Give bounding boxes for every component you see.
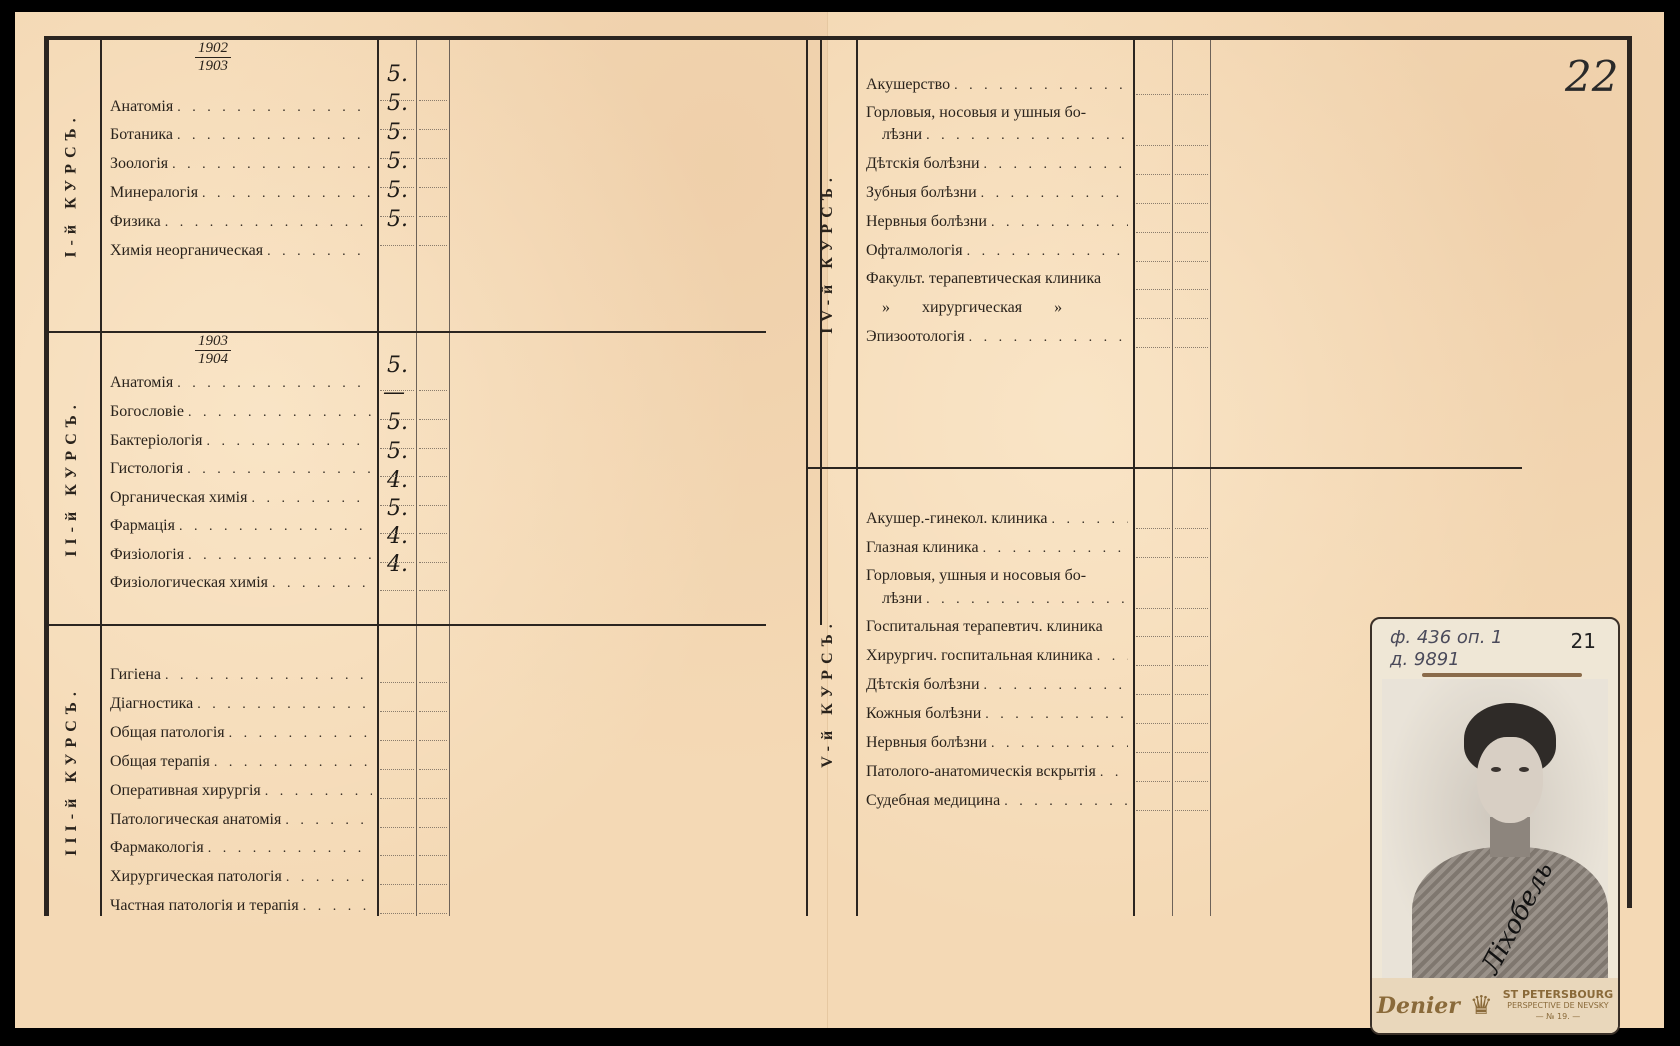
double-headed-eagle-icon: ♛ (1470, 991, 1493, 1021)
academic-year-1: 1902 1903 (195, 40, 231, 75)
photo-card: ф. 436 оп. 1 д. 9891 21 Ліхобель Denier … (1370, 617, 1620, 1035)
subject-row: Физіологическая химія (110, 562, 372, 592)
subject-row: Нервныя болѣзни (866, 722, 1128, 752)
subject-row: Анатомія (110, 86, 372, 116)
subject-row: Фармакологія (110, 827, 372, 857)
subject-row: Дѣтскія болѣзни (866, 664, 1128, 694)
subject-row: Гигіена (110, 654, 372, 684)
subject-row: Діагностика (110, 683, 372, 713)
subject-row: Хирургич. госпитальная клиника (866, 635, 1128, 665)
subject-row: Органическая химія (110, 477, 372, 507)
portrait-neck (1490, 817, 1530, 857)
course-label-1: I-й КУРСЪ. (42, 40, 102, 330)
course-label-2: II-й КУРСЪ. (42, 333, 102, 623)
subject-row: Патолого-анатомическія вскрытія (866, 751, 1128, 781)
subject-row: Общая патологія (110, 712, 372, 742)
studio-name: Denier (1377, 993, 1460, 1019)
subject-row: Бактеріологія (110, 420, 372, 450)
course-label-5: V-й КУРСЪ. (798, 469, 858, 916)
portrait-photo: Ліхобель (1382, 679, 1608, 979)
course-label-4: IV-й КУРСЪ. (798, 40, 858, 465)
subject-row: Физіологія (110, 534, 372, 564)
subject-row: » хирургическая » (866, 287, 1128, 317)
subject-row: Глазная клиника (866, 527, 1128, 557)
subject-row: Оперативная хирургія (110, 770, 372, 800)
subject-row: Минералогія (110, 172, 372, 202)
binding-string (1422, 673, 1582, 677)
archive-reference: ф. 436 оп. 1 д. 9891 (1390, 627, 1503, 671)
eye-icon (1519, 767, 1529, 772)
subject-row: Зоологія (110, 143, 372, 173)
subject-row: Физика (110, 201, 372, 231)
studio-address: ST PETERSBOURG PERSPECTIVE DE NEVSKY — №… (1503, 989, 1613, 1022)
portrait-face (1477, 737, 1543, 823)
subject-row: Офталмологія (866, 230, 1128, 260)
subject-row: Эпизоотологія (866, 316, 1128, 346)
subject-row: Судебная медицина (866, 780, 1128, 810)
page-number: 22 (1565, 52, 1618, 101)
subject-row: Ботаника (110, 114, 372, 144)
subject-row: Нервныя болѣзни (866, 201, 1128, 231)
subject-row: Частная патологія и терапія (110, 885, 372, 915)
eye-icon (1491, 767, 1501, 772)
subject-row: Акушерство (866, 64, 1128, 94)
card-number: 21 (1571, 629, 1596, 653)
subject-row: лѣзни (866, 578, 1128, 608)
subject-row: Богословіе (110, 391, 372, 421)
subject-row: Патологическая анатомія (110, 799, 372, 829)
subject-row: Дѣтскія болѣзни (866, 143, 1128, 173)
subject-row: Химія неорганическая (110, 230, 372, 260)
subject-row: Зубныя болѣзни (866, 172, 1128, 202)
course-label-3: III-й КУРСЪ. (42, 626, 102, 916)
subject-row: Госпитальная терапевтич. клиника (866, 606, 1128, 636)
subject-row: Анатомія (110, 362, 372, 392)
subject-row: Кожныя болѣзни (866, 693, 1128, 723)
subject-row: Факульт. терапевтическая клиника (866, 258, 1128, 288)
subject-row: Хирургическая патологія (110, 856, 372, 886)
subject-row: лѣзни (866, 114, 1128, 144)
subject-row: Акушер.-гинекол. клиника (866, 498, 1128, 528)
subject-row: Общая терапія (110, 741, 372, 771)
subject-row: Гистологія (110, 448, 372, 478)
studio-imprint: Denier ♛ ST PETERSBOURG PERSPECTIVE DE N… (1372, 978, 1618, 1033)
subject-row: Фармація (110, 505, 372, 535)
